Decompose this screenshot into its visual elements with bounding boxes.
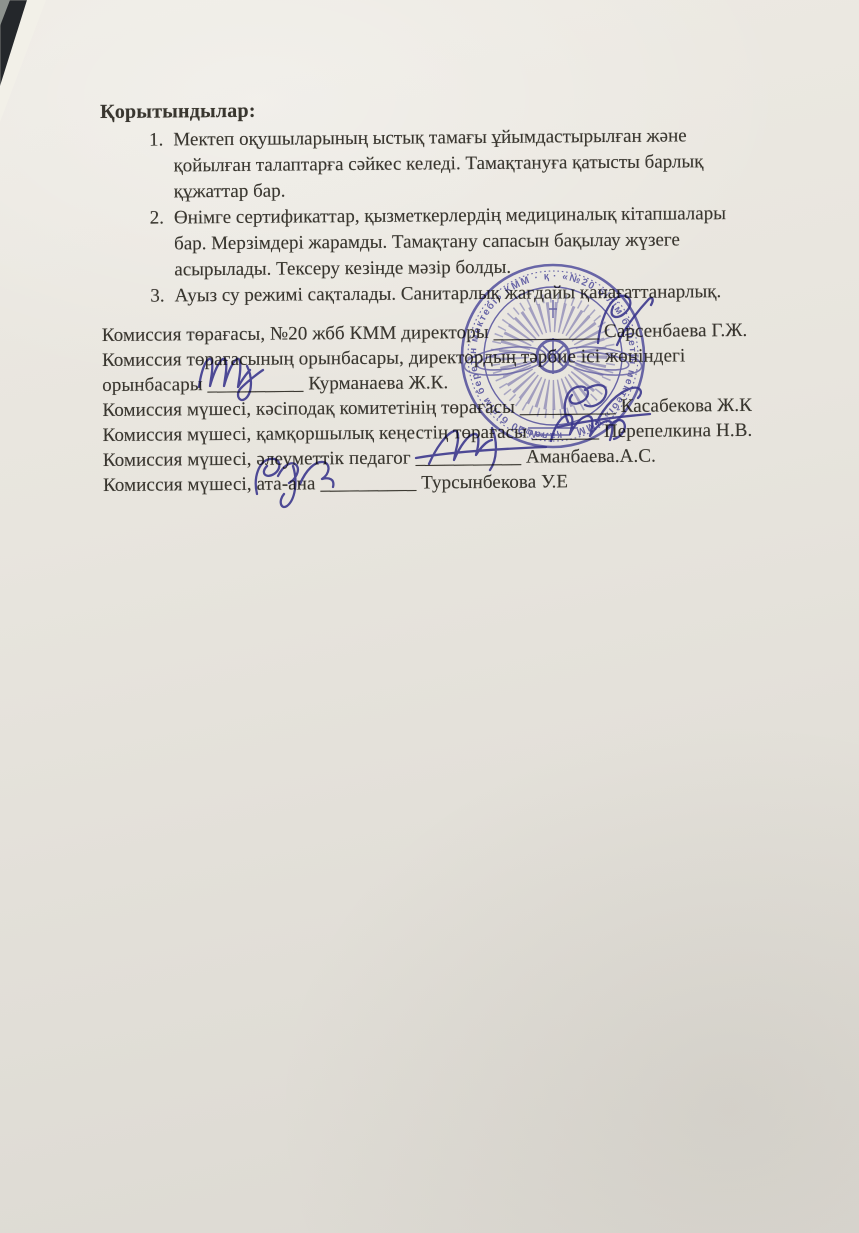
document-body: Қорытындылар: 1. Мектеп оқушыларының ыст… — [100, 94, 803, 498]
conclusion-number: 3. — [101, 283, 174, 310]
conclusion-text: Өнімге сертификаттар, қызметкерлердің ме… — [174, 201, 727, 283]
conclusion-number: 1. — [100, 127, 174, 206]
signature-line-parent: Комиссия мүшесі, ата-ана __________ Турс… — [103, 467, 803, 497]
conclusion-item: 2. Өнімге сертификаттар, қызметкерлердің… — [101, 200, 802, 283]
scanned-document-photo: Қорытындылар: 1. Мектеп оқушыларының ыст… — [0, 0, 859, 1233]
conclusion-text: Ауыз су режимі сақталады. Санитарлық жағ… — [174, 279, 721, 309]
conclusions-list: 1. Мектеп оқушыларының ыстық тамағы ұйым… — [100, 123, 801, 310]
signature-block: Комиссия төрағасы, №20 жбб КММ директоры… — [102, 317, 803, 497]
conclusion-text: Мектеп оқушыларының ыстық тамағы ұйымдас… — [173, 123, 704, 205]
conclusions-heading: Қорытындылар: — [100, 94, 800, 126]
conclusion-item: 3. Ауыз су режимі сақталады. Санитарлық … — [101, 278, 801, 309]
conclusion-item: 1. Мектеп оқушыларының ыстық тамағы ұйым… — [100, 123, 801, 206]
conclusion-number: 2. — [101, 205, 175, 284]
